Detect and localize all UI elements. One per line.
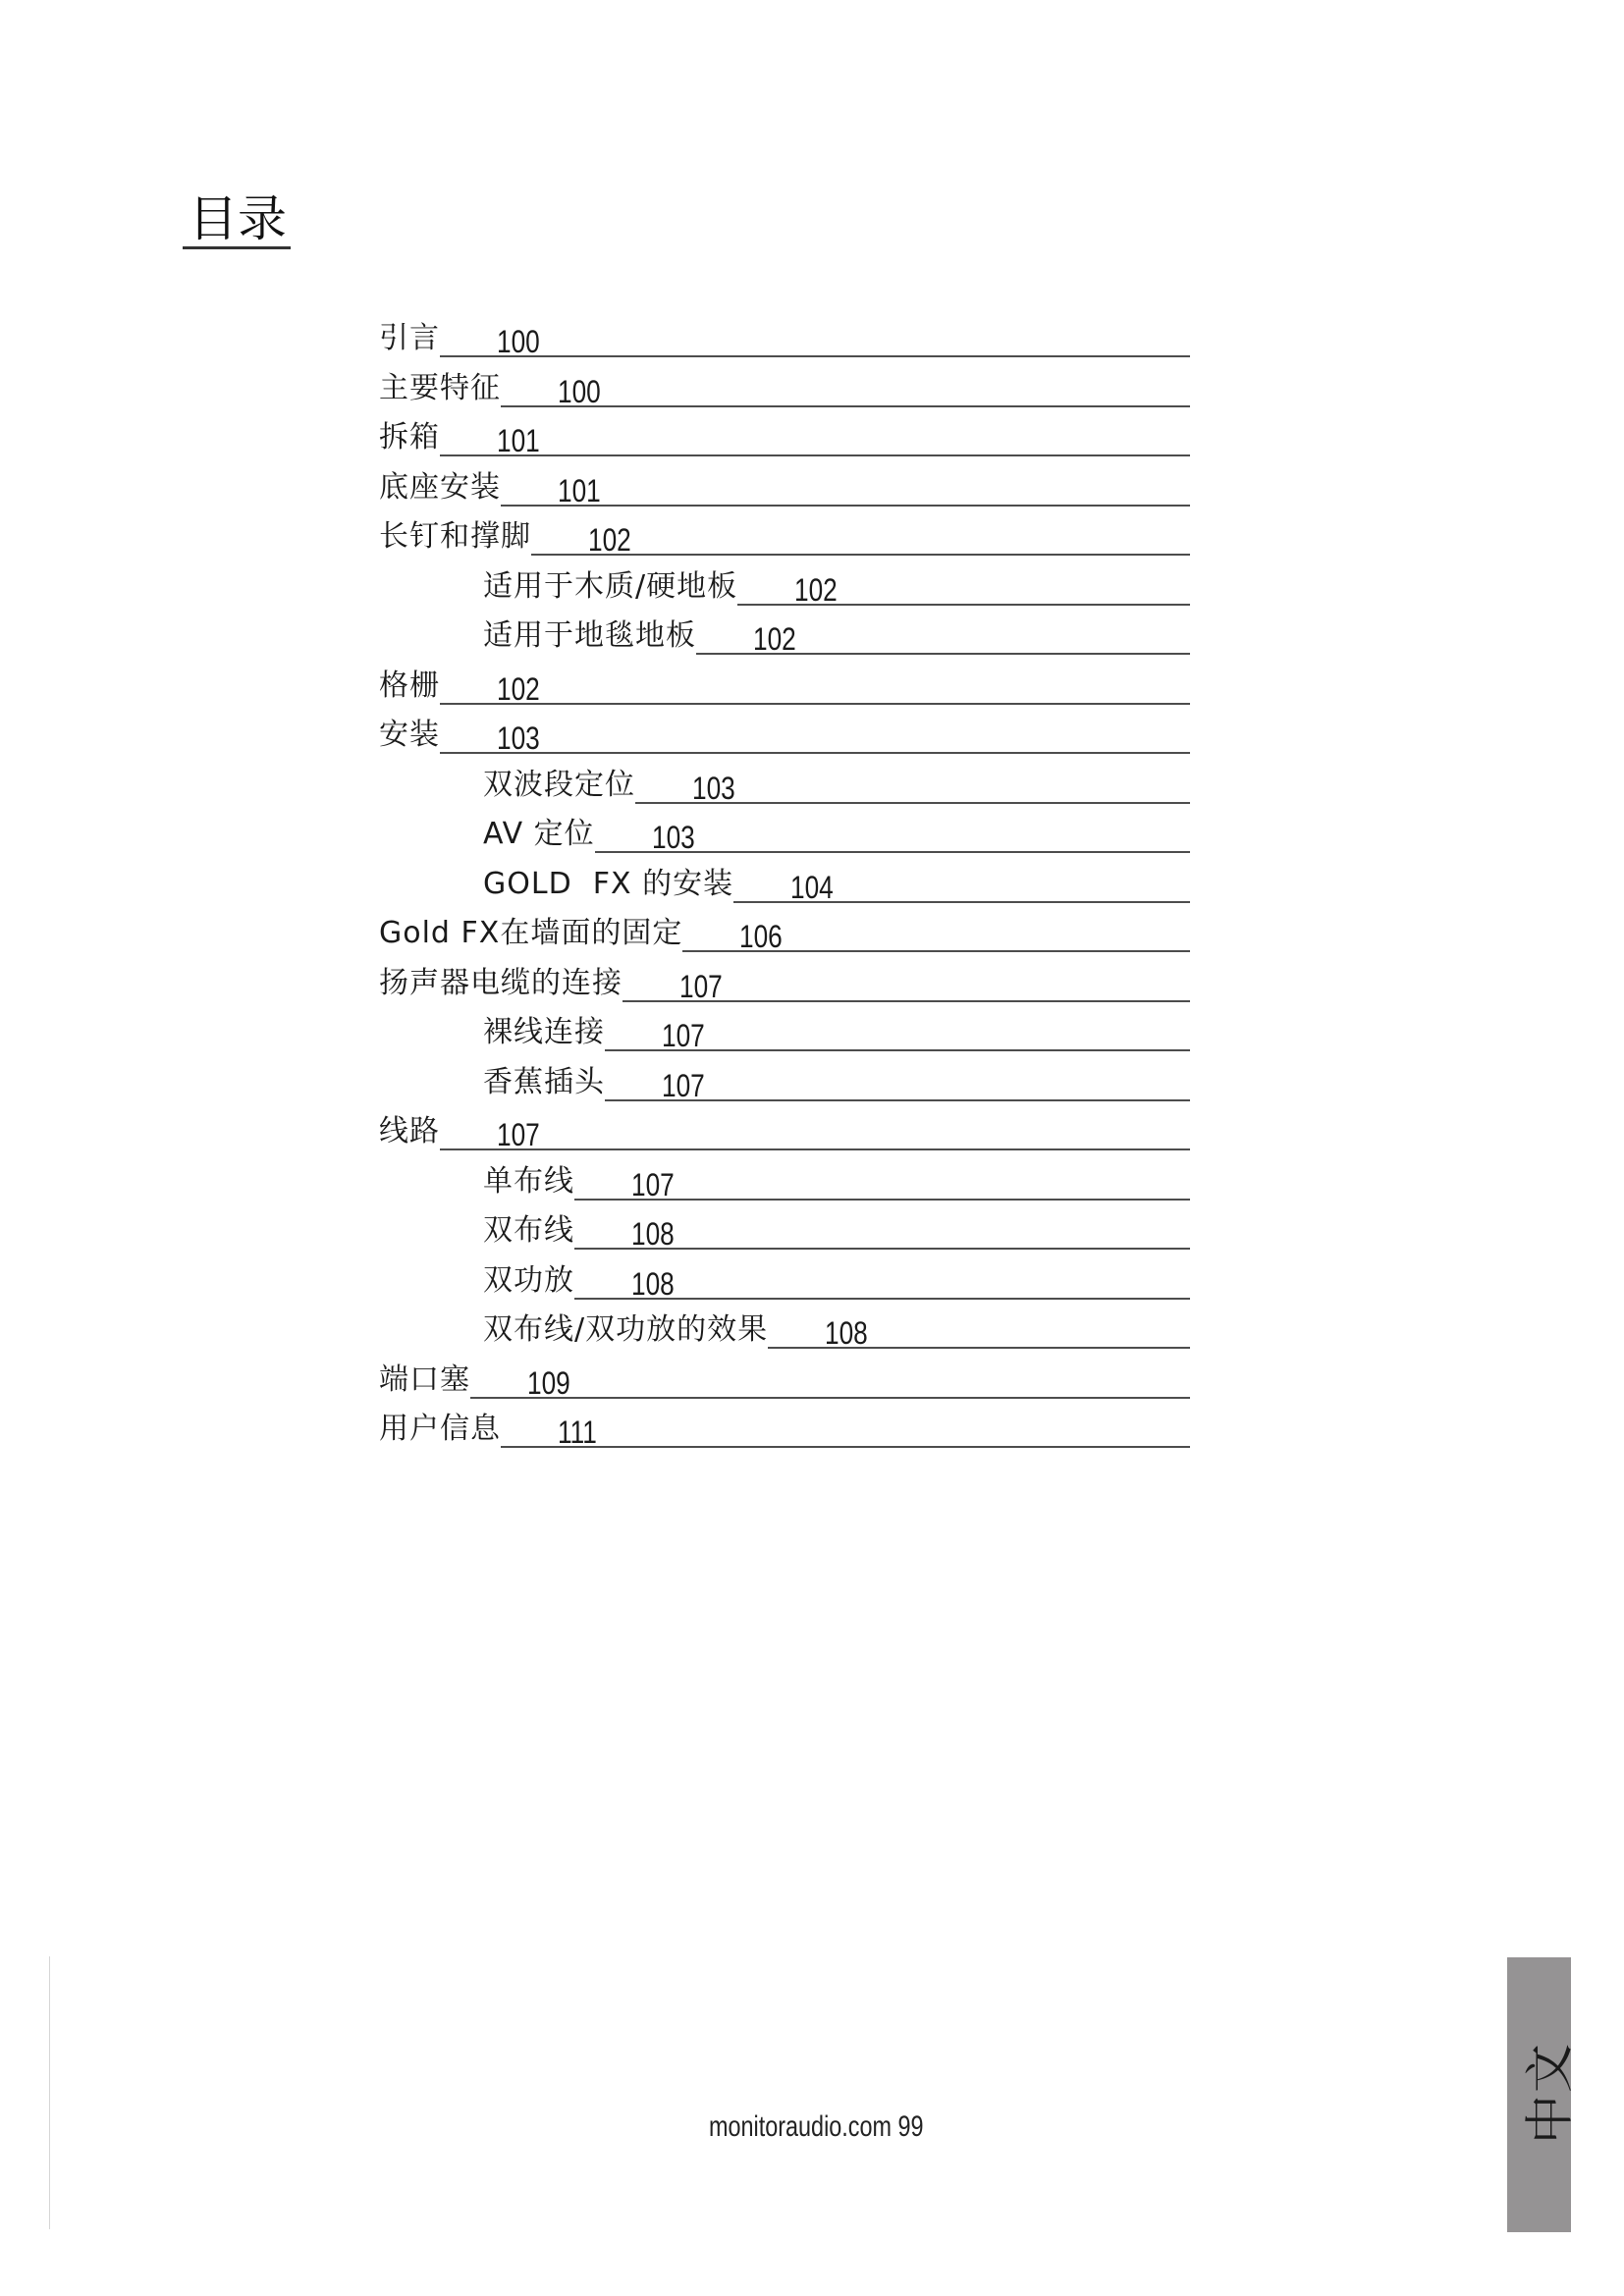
toc-page-number: 107	[679, 969, 723, 1004]
toc-entry-grilles[interactable]: 格栅 102	[379, 666, 1190, 705]
toc-entry-banana-plugs[interactable]: 香蕉插头 107	[483, 1062, 1190, 1101]
toc-leader-line: 103	[635, 763, 1190, 804]
toc-entry-label: 单布线	[483, 1165, 574, 1201]
toc-page-number: 107	[631, 1167, 675, 1202]
toc-entry-unpacking[interactable]: 拆箱 101	[379, 417, 1190, 456]
toc-leader-line: 104	[733, 862, 1190, 903]
toc-entry-single-wiring[interactable]: 单布线 107	[483, 1161, 1190, 1201]
toc-entry-label: 长钉和撑脚	[379, 520, 531, 556]
toc-entry-label: 双布线/双功放的效果	[483, 1313, 768, 1349]
toc-entry-introduction[interactable]: 引言 100	[379, 318, 1190, 357]
toc-entry-label: 适用于地毯地板	[483, 619, 696, 655]
toc-entry-label: 适用于木质/硬地板	[483, 570, 737, 606]
toc-leader-line: 100	[440, 316, 1190, 357]
toc-leader-line: 101	[501, 465, 1190, 507]
toc-page-number: 106	[739, 919, 783, 954]
toc-leader-line: 108	[574, 1258, 1190, 1300]
toc-leader-line: 108	[574, 1208, 1190, 1250]
toc-entry-port-bungs[interactable]: 端口塞 109	[379, 1360, 1190, 1399]
toc-page-number: 101	[497, 423, 540, 458]
toc-leader-line: 107	[574, 1159, 1190, 1201]
language-tab-label: 中文	[1522, 2042, 1577, 2144]
toc-leader-line: 102	[531, 514, 1190, 556]
toc-page-number: 100	[558, 374, 601, 409]
toc-entry-speaker-cable-connection[interactable]: 扬声器电缆的连接 107	[379, 963, 1190, 1002]
toc-entry-label: 格栅	[379, 669, 440, 705]
toc-page-number: 107	[662, 1018, 705, 1053]
table-of-contents: 引言 100 主要特征 100 拆箱 101 底座安装 101 长钉和撑脚 10…	[0, 0, 1624, 1571]
toc-leader-line: 103	[440, 713, 1190, 754]
toc-entry-hard-floors[interactable]: 适用于木质/硬地板 102	[483, 566, 1190, 606]
toc-entry-label: 引言	[379, 322, 440, 357]
toc-leader-line: 107	[623, 961, 1190, 1002]
toc-page-number: 103	[497, 721, 540, 756]
toc-entry-bi-wiring[interactable]: 双布线 108	[483, 1210, 1190, 1250]
toc-entry-label: Gold FX在墙面的固定	[379, 917, 682, 952]
toc-entry-bare-wire-connection[interactable]: 裸线连接 107	[483, 1012, 1190, 1051]
toc-entry-label: 扬声器电缆的连接	[379, 967, 623, 1002]
toc-leader-line: 103	[595, 812, 1190, 853]
toc-page-number: 102	[753, 621, 796, 657]
toc-entry-label: 主要特征	[379, 372, 501, 407]
toc-entry-carpeted-floors[interactable]: 适用于地毯地板 102	[483, 615, 1190, 655]
footer-website-page-number: monitoraudio.com 99	[709, 2110, 924, 2144]
toc-entry-wiring[interactable]: 线路 107	[379, 1111, 1190, 1150]
toc-leader-line: 107	[605, 1010, 1190, 1051]
toc-entry-bi-amping[interactable]: 双功放 108	[483, 1260, 1190, 1300]
toc-page-number: 108	[631, 1216, 675, 1252]
toc-entry-main-features[interactable]: 主要特征 100	[379, 368, 1190, 407]
toc-entry-gold-fx-wall-mounting[interactable]: Gold FX在墙面的固定 106	[379, 913, 1190, 952]
toc-entry-user-information[interactable]: 用户信息 111	[379, 1409, 1190, 1448]
toc-entry-label: 双功放	[483, 1264, 574, 1300]
toc-page-number: 108	[631, 1266, 675, 1302]
toc-leader-line: 107	[605, 1060, 1190, 1101]
toc-page-number: 111	[558, 1415, 597, 1450]
toc-entry-label: 裸线连接	[483, 1016, 605, 1051]
toc-leader-line: 102	[737, 564, 1190, 606]
toc-entry-label: 双波段定位	[483, 769, 635, 804]
toc-entry-label: 底座安装	[379, 471, 501, 507]
toc-page-number: 102	[588, 522, 631, 558]
toc-page-number: 107	[662, 1068, 705, 1103]
toc-leader-line: 106	[682, 911, 1190, 952]
toc-page-number: 108	[825, 1315, 868, 1351]
toc-page-number: 102	[794, 572, 838, 608]
toc-entry-spikes-and-feet[interactable]: 长钉和撑脚 102	[379, 516, 1190, 556]
toc-page-number: 103	[692, 771, 735, 806]
toc-page-number: 100	[497, 324, 540, 359]
margin-rule	[49, 1956, 50, 2229]
toc-entry-bi-wiring-bi-amping-effects[interactable]: 双布线/双功放的效果 108	[483, 1309, 1190, 1349]
toc-entry-label: AV 定位	[483, 818, 595, 853]
toc-entry-label: 拆箱	[379, 421, 440, 456]
toc-entry-gold-fx-installation[interactable]: GOLD FX 的安装 104	[483, 864, 1190, 903]
toc-entry-label: 用户信息	[379, 1413, 501, 1448]
toc-entry-label: GOLD FX 的安装	[483, 868, 733, 903]
toc-page-number: 102	[497, 671, 540, 707]
toc-leader-line: 100	[501, 366, 1190, 407]
toc-leader-line: 107	[440, 1109, 1190, 1150]
toc-page-number: 103	[652, 820, 695, 855]
toc-page-number: 109	[527, 1365, 570, 1401]
toc-leader-line: 102	[440, 664, 1190, 705]
toc-leader-line: 109	[470, 1358, 1190, 1399]
toc-entry-label: 安装	[379, 719, 440, 754]
toc-page-number: 101	[558, 473, 601, 508]
toc-entry-label: 香蕉插头	[483, 1066, 605, 1101]
toc-entry-stereo-positioning[interactable]: 双波段定位 103	[483, 765, 1190, 804]
toc-entry-av-positioning[interactable]: AV 定位 103	[483, 814, 1190, 853]
toc-leader-line: 101	[440, 415, 1190, 456]
toc-page-number: 104	[790, 870, 834, 905]
toc-entry-plinth-fitting[interactable]: 底座安装 101	[379, 467, 1190, 507]
toc-entry-installation[interactable]: 安装 103	[379, 715, 1190, 754]
toc-page-number: 107	[497, 1117, 540, 1152]
toc-leader-line: 108	[768, 1308, 1190, 1349]
toc-entry-label: 双布线	[483, 1214, 574, 1250]
toc-leader-line: 111	[501, 1407, 1190, 1448]
toc-entry-label: 端口塞	[379, 1363, 470, 1399]
toc-leader-line: 102	[696, 614, 1190, 655]
toc-entry-label: 线路	[379, 1115, 440, 1150]
language-tab: 中文	[1507, 1957, 1571, 2232]
